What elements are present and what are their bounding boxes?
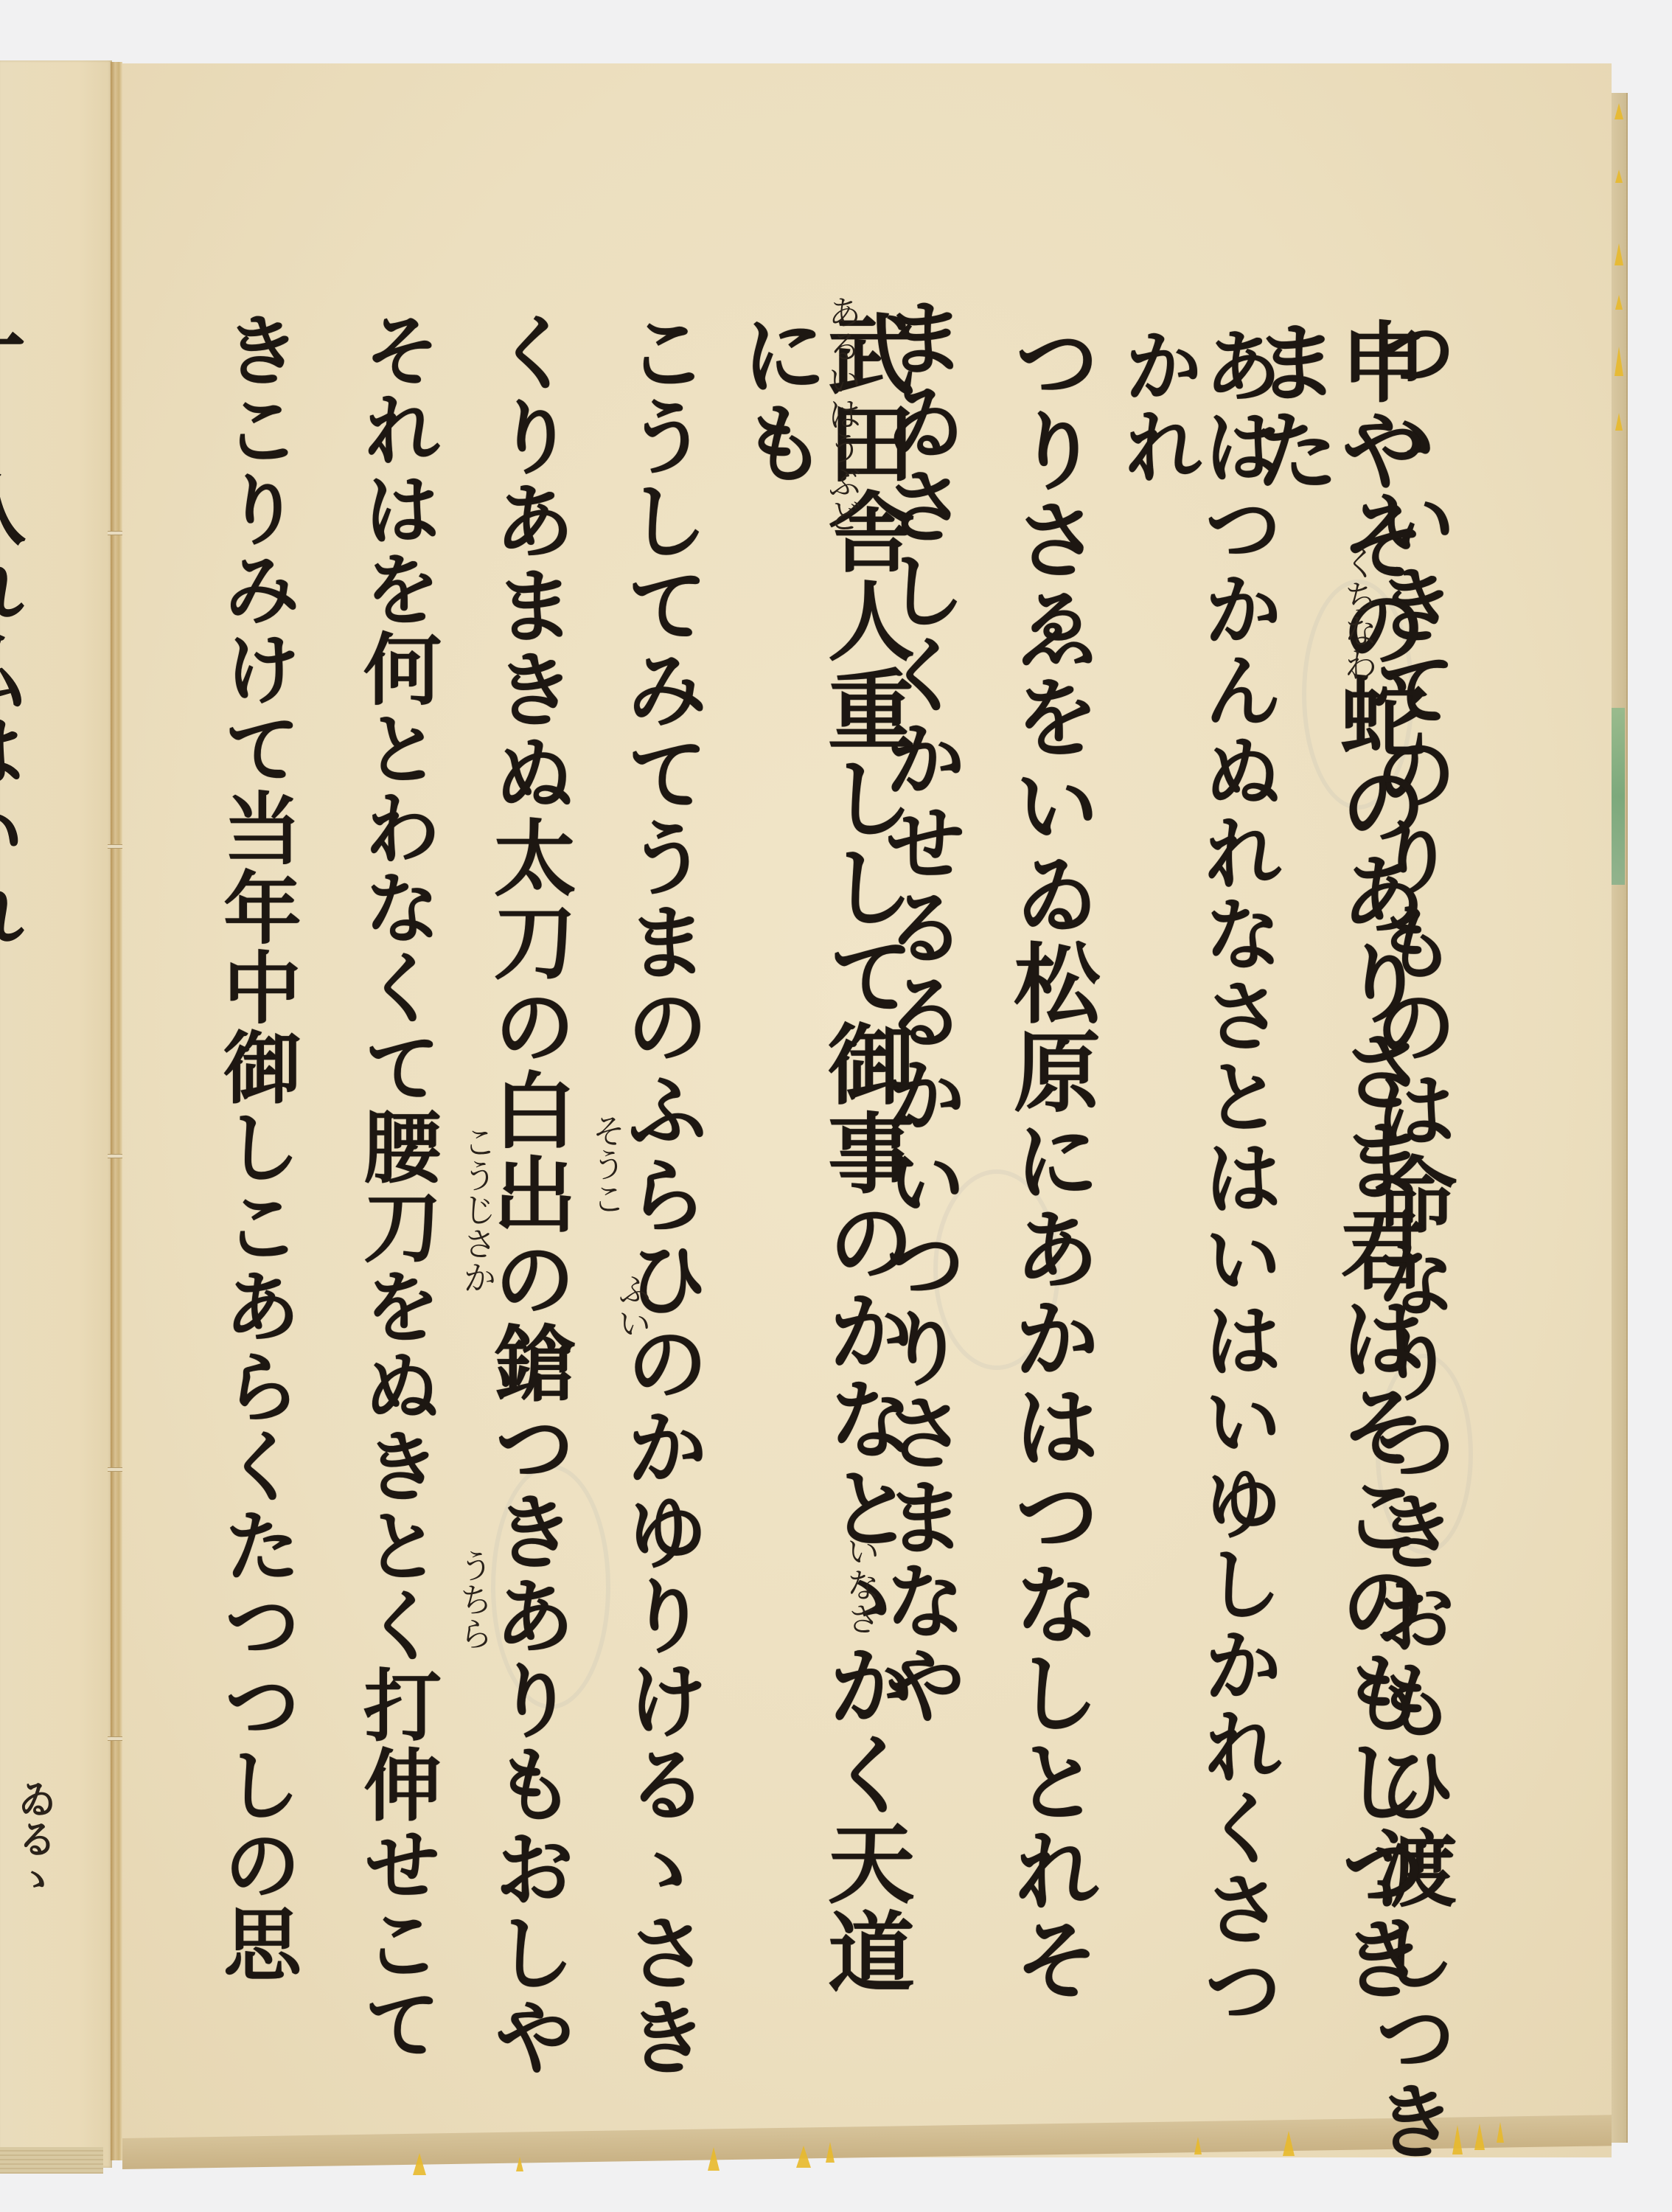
furigana-gloss: うちら <box>457 1548 491 1650</box>
page-fore-edge-green-tint <box>1612 708 1625 885</box>
text-column-9: それはを何とわなくて腰刀をぬきとく打伸せこて <box>358 310 436 2116</box>
page-fore-edge <box>1612 93 1628 2143</box>
furigana-gloss: いなさ <box>844 1534 878 1635</box>
text-column-7: こうしてみてうまのふらひのかゆりけるゝさき <box>619 310 702 2079</box>
furigana-gloss: くちなわ <box>1342 546 1376 681</box>
text-column-8: くりあまきぬ太刀の白出の鎗つきありもおしや <box>487 310 569 2079</box>
left-page-edge-stack <box>0 2147 103 2174</box>
binding-gutter <box>111 62 122 2160</box>
left-page: 一ゝ八れ仏はいれ ゐるゝ <box>0 60 112 2168</box>
furigana-gloss: そうこ <box>590 1113 624 1215</box>
furigana-gloss: ふい <box>616 1272 649 1340</box>
furigana-gloss: こうじさか <box>461 1124 495 1294</box>
text-column-4: つりさゑをいゐ松原にあかはつなしとれそ <box>1006 317 1093 2013</box>
left-page-text-column: 一ゝ八れ仏はいれ <box>0 304 37 1852</box>
text-column-10: きこりみけて当年中御しこあらくたつつしの思 <box>217 310 296 2153</box>
left-page-annotation: ゐるゝ <box>15 1778 55 1898</box>
furigana-gloss: あるいはうぶど <box>826 295 860 532</box>
text-column-6: 武田舎人重しして御事のかなとゝかく天道にも <box>734 310 908 2079</box>
text-column-3: あはつかんぬれなさとはいはいゆしかれくさつかれ <box>1117 324 1276 2094</box>
